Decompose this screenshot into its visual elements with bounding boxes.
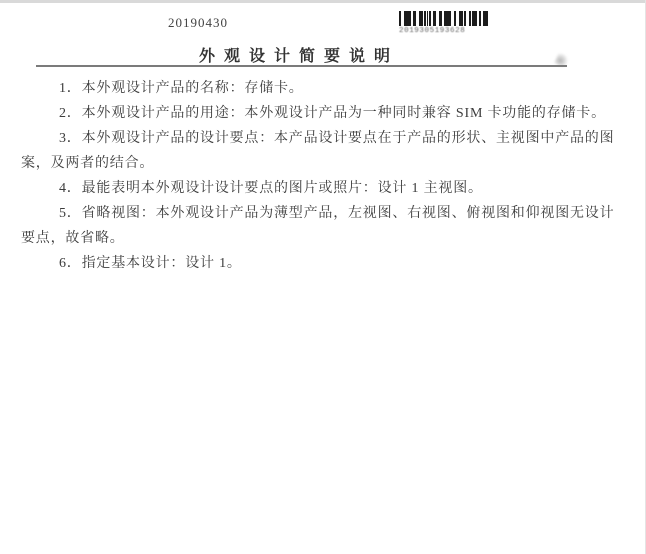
body-line: 4．最能表明本外观设计设计要点的图片或照片：设计 1 主视图。 [21, 176, 596, 201]
body-line: 1．本外观设计产品的名称：存储卡。 [21, 76, 596, 101]
document-body: 1．本外观设计产品的名称：存储卡。 2．本外观设计产品的用途：本外观设计产品为一… [21, 76, 596, 276]
body-line: 3．本外观设计产品的设计要点：本产品设计要点在于产品的形状、主视图中产品的图 [21, 126, 596, 151]
title-underline [36, 65, 567, 67]
barcode-number: 2019305193628 [399, 27, 491, 35]
document-date: 20190430 [168, 15, 228, 31]
body-line: 6．指定基本设计：设计 1。 [21, 251, 596, 276]
body-line: 要点，故省略。 [21, 226, 596, 251]
page-title: 外观设计简要说明 [199, 43, 399, 66]
document-content: 20190430 2019305193628 外观设计简要说明 1．本外观设计产… [0, 0, 646, 554]
barcode: 2019305193628 [399, 11, 491, 35]
body-line: 2．本外观设计产品的用途：本外观设计产品为一种同时兼容 SIM 卡功能的存储卡。 [21, 101, 596, 126]
scanned-document-page: 20190430 2019305193628 外观设计简要说明 1．本外观设计产… [0, 0, 646, 554]
barcode-image [399, 11, 489, 26]
body-line: 案，及两者的结合。 [21, 151, 596, 176]
body-line: 5．省略视图：本外观设计产品为薄型产品，左视图、右视图、俯视图和仰视图无设计 [21, 201, 596, 226]
